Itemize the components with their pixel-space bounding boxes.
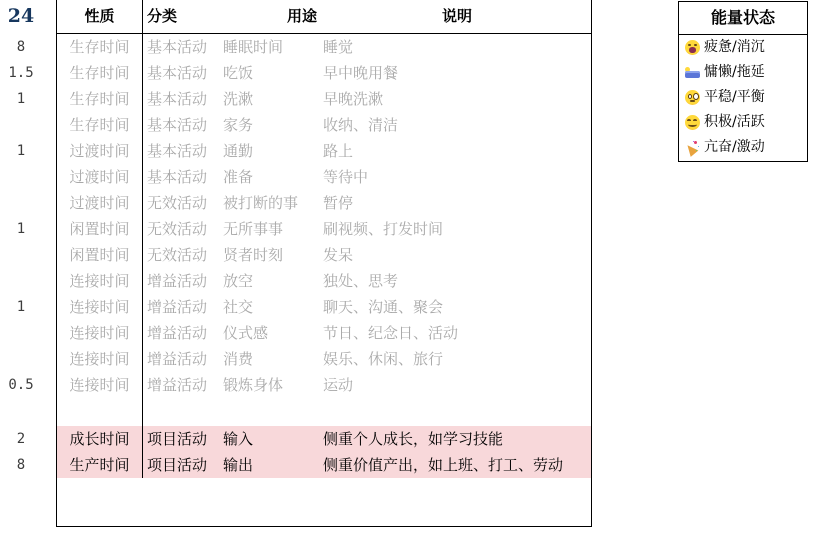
energy-state-item: 疲惫/消沉: [679, 35, 807, 60]
cell-category: 基本活动: [143, 164, 223, 190]
cell-category: 项目活动: [143, 452, 223, 478]
hours-value: [0, 242, 42, 268]
cell-description: 早晚洗漱: [323, 86, 591, 112]
header-description: 说明: [323, 0, 591, 33]
party-popper-icon: [685, 140, 700, 155]
cell-description: 侧重个人成长，如学习技能: [323, 426, 591, 452]
table-row: 连接时间 增益活动 仪式感 节日、纪念日、活动: [57, 320, 591, 346]
table-row: 连接时间 增益活动 社交 聊天、沟通、聚会: [57, 294, 591, 320]
cell-purpose: 仪式感: [223, 320, 323, 346]
cell-category: 基本活动: [143, 112, 223, 138]
energy-state-item: 慵懒/拖延: [679, 60, 807, 85]
cell-purpose: 消费: [223, 346, 323, 372]
cell-category: 基本活动: [143, 86, 223, 112]
table-row: 闲置时间 无效活动 无所事事 刷视频、打发时间: [57, 216, 591, 242]
cell-purpose: 准备: [223, 164, 323, 190]
hours-value: 1: [0, 138, 42, 164]
hours-value: 1: [0, 86, 42, 112]
cell-description: [323, 398, 591, 426]
cell-nature: 连接时间: [57, 320, 143, 346]
cell-nature: 连接时间: [57, 268, 143, 294]
hours-value: [0, 112, 42, 138]
cell-purpose: 无所事事: [223, 216, 323, 242]
energy-panel-title: 能量状态: [679, 2, 807, 35]
cell-nature: 生存时间: [57, 60, 143, 86]
cell-description: 独处、思考: [323, 268, 591, 294]
cell-nature: 闲置时间: [57, 242, 143, 268]
table-row: 过渡时间 无效活动 被打断的事 暂停: [57, 190, 591, 216]
energy-state-item: 亢奋/激动: [679, 135, 807, 160]
table-row: 闲置时间 无效活动 贤者时刻 发呆: [57, 242, 591, 268]
table-row: 生存时间 基本活动 洗漱 早晚洗漱: [57, 86, 591, 112]
total-hours-value: 24: [0, 0, 42, 34]
cell-category: 增益活动: [143, 372, 223, 398]
cell-category: 基本活动: [143, 60, 223, 86]
hours-value: 1: [0, 294, 42, 320]
cell-nature: 过渡时间: [57, 164, 143, 190]
hours-value: 1.5: [0, 60, 42, 86]
energy-state-label: 平稳/平衡: [704, 85, 765, 110]
energy-state-item: 积极/活跃: [679, 110, 807, 135]
table-row: 生存时间 基本活动 吃饭 早中晚用餐: [57, 60, 591, 86]
cell-category: 增益活动: [143, 268, 223, 294]
cell-purpose: 锻炼身体: [223, 372, 323, 398]
hours-value: [0, 164, 42, 190]
hours-value: [0, 190, 42, 216]
cell-description: 早中晚用餐: [323, 60, 591, 86]
cell-description: 运动: [323, 372, 591, 398]
cell-purpose: 洗漱: [223, 86, 323, 112]
cell-description: 路上: [323, 138, 591, 164]
cell-category: 增益活动: [143, 346, 223, 372]
cell-nature: 连接时间: [57, 294, 143, 320]
cell-nature: [57, 398, 143, 426]
table-row: [57, 398, 591, 426]
cell-description: 发呆: [323, 242, 591, 268]
cell-category: 无效活动: [143, 216, 223, 242]
table-row: 生存时间 基本活动 睡眠时间 睡觉: [57, 34, 591, 60]
person-in-bed-icon: [685, 65, 700, 80]
cell-purpose: 贤者时刻: [223, 242, 323, 268]
energy-state-label: 积极/活跃: [704, 110, 765, 135]
energy-state-label: 亢奋/激动: [704, 135, 765, 160]
cell-nature: 生存时间: [57, 112, 143, 138]
hours-value: 8: [0, 34, 42, 60]
cell-purpose: 社交: [223, 294, 323, 320]
cell-purpose: 家务: [223, 112, 323, 138]
cell-category: 项目活动: [143, 426, 223, 452]
cell-description: 娱乐、休闲、旅行: [323, 346, 591, 372]
energy-state-label: 疲惫/消沉: [704, 35, 765, 60]
cell-purpose: 输出: [223, 452, 323, 478]
hours-value: 0.5: [0, 372, 42, 398]
cell-description: 节日、纪念日、活动: [323, 320, 591, 346]
cell-nature: 连接时间: [57, 372, 143, 398]
table-row: 连接时间 增益活动 锻炼身体 运动: [57, 372, 591, 398]
cell-purpose: 放空: [223, 268, 323, 294]
hours-value: 8: [0, 452, 42, 478]
table-row: 过渡时间 基本活动 准备 等待中: [57, 164, 591, 190]
worksheet: 24 81.511110.528 性质 分类 用途 说明 生存时间 基本活动 睡…: [0, 0, 820, 548]
table-row: 过渡时间 基本活动 通勤 路上: [57, 138, 591, 164]
hours-value: [0, 346, 42, 372]
energy-panel: 能量状态 疲惫/消沉 慵懒/拖延 平稳/平衡 积极/活跃 亢奋/激动: [678, 1, 808, 162]
cell-purpose: [223, 398, 323, 426]
cell-purpose: 吃饭: [223, 60, 323, 86]
energy-state-label: 慵懒/拖延: [704, 60, 765, 85]
cell-description: 聊天、沟通、聚会: [323, 294, 591, 320]
header-purpose: 用途: [223, 0, 323, 33]
hours-column: 24 81.511110.528: [0, 0, 56, 478]
hours-value: [0, 398, 42, 426]
weary-face-icon: [685, 40, 700, 55]
smiling-face-icon: [685, 115, 700, 130]
cell-nature: 过渡时间: [57, 190, 143, 216]
table-row: 生存时间 基本活动 家务 收纳、清洁: [57, 112, 591, 138]
cell-category: 无效活动: [143, 242, 223, 268]
table-row: 连接时间 增益活动 消费 娱乐、休闲、旅行: [57, 346, 591, 372]
energy-state-item: 平稳/平衡: [679, 85, 807, 110]
cell-category: 增益活动: [143, 294, 223, 320]
cell-category: 基本活动: [143, 138, 223, 164]
cell-description: 侧重价值产出，如上班、打工、劳动: [323, 452, 591, 478]
hours-value: [0, 268, 42, 294]
table-header-row: 性质 分类 用途 说明: [57, 0, 591, 34]
hours-value: 1: [0, 216, 42, 242]
cell-category: 无效活动: [143, 190, 223, 216]
table-row: 连接时间 增益活动 放空 独处、思考: [57, 268, 591, 294]
cell-purpose: 输入: [223, 426, 323, 452]
header-nature: 性质: [57, 0, 143, 33]
cell-description: 等待中: [323, 164, 591, 190]
cell-nature: 生产时间: [57, 452, 143, 478]
cell-nature: 生存时间: [57, 34, 143, 60]
cell-description: 收纳、清洁: [323, 112, 591, 138]
cell-nature: 连接时间: [57, 346, 143, 372]
cell-category: [143, 398, 223, 426]
cell-purpose: 被打断的事: [223, 190, 323, 216]
cell-purpose: 睡眠时间: [223, 34, 323, 60]
hours-value: [0, 320, 42, 346]
cell-category: 基本活动: [143, 34, 223, 60]
cell-nature: 过渡时间: [57, 138, 143, 164]
cell-purpose: 通勤: [223, 138, 323, 164]
cell-category: 增益活动: [143, 320, 223, 346]
time-allocation-table: 性质 分类 用途 说明 生存时间 基本活动 睡眠时间 睡觉 生存时间 基本活动 …: [56, 0, 592, 527]
hours-value: 2: [0, 426, 42, 452]
cell-nature: 成长时间: [57, 426, 143, 452]
table-row: 成长时间 项目活动 输入 侧重个人成长，如学习技能: [57, 426, 591, 452]
header-category: 分类: [143, 0, 223, 33]
cell-nature: 生存时间: [57, 86, 143, 112]
cell-description: 刷视频、打发时间: [323, 216, 591, 242]
calm-face-icon: [685, 90, 700, 105]
cell-nature: 闲置时间: [57, 216, 143, 242]
table-row: 生产时间 项目活动 输出 侧重价值产出，如上班、打工、劳动: [57, 452, 591, 478]
cell-description: 睡觉: [323, 34, 591, 60]
cell-description: 暂停: [323, 190, 591, 216]
